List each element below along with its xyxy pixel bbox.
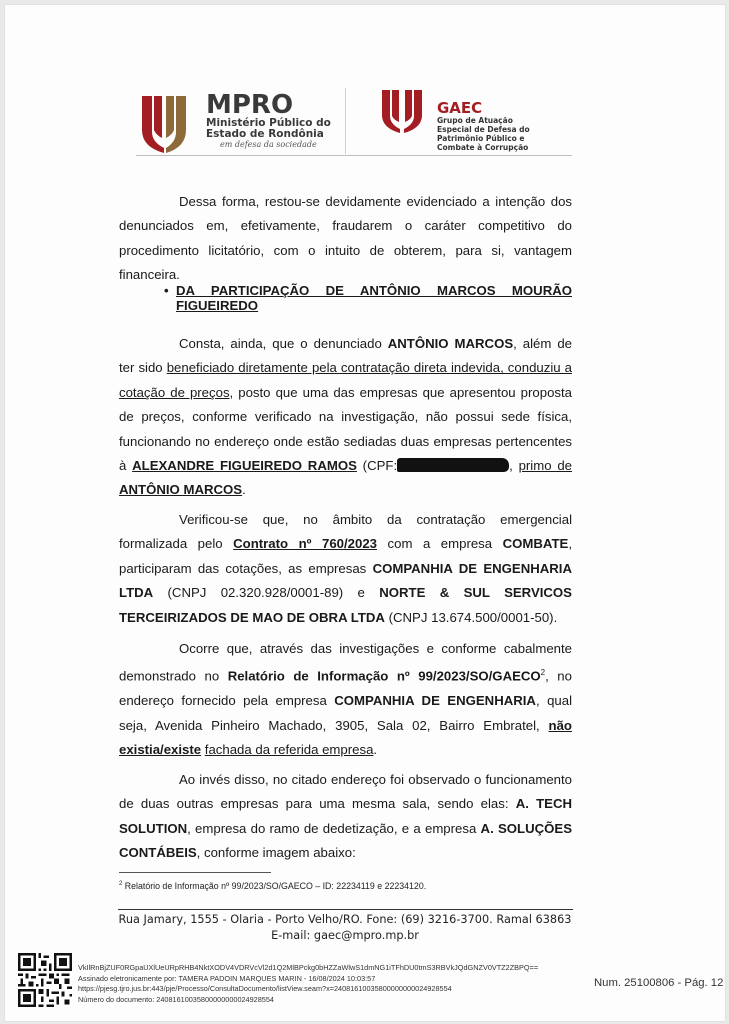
text: .: [242, 482, 246, 497]
bullet-icon: •: [164, 283, 169, 298]
report-reference: Relatório de Informação nº 99/2023/SO/GA…: [228, 669, 541, 684]
gaec-line: Patrimônio Público e: [437, 134, 530, 143]
header-divider: [345, 88, 346, 154]
footnote: 2 Relatório de Informação nº 99/2023/SO/…: [119, 881, 426, 891]
text: , empresa do ramo de dedetização, e a em…: [187, 821, 480, 836]
mpro-wordmark: MPRO Ministério Público do Estado de Ron…: [206, 92, 331, 150]
paragraph-2: Consta, ainda, que o denunciado ANTÔNIO …: [119, 332, 572, 503]
text: ,: [509, 458, 518, 473]
verification-url[interactable]: https://pjesg.tjro.jus.br:443/pje/Proces…: [78, 984, 538, 995]
footnote-text: Relatório de Informação nº 99/2023/SO/GA…: [122, 881, 426, 891]
name-alexandre: ALEXANDRE FIGUEIREDO RAMOS: [132, 458, 357, 473]
underlined-text: primo de: [519, 458, 572, 473]
footer-email[interactable]: E-mail: gaec@mpro.mp.br: [110, 928, 580, 944]
text: (CNPJ 02.320.928/0001-89) e: [153, 585, 379, 600]
footer-address: Rua Jamary, 1555 - Olaria - Porto Velho/…: [110, 912, 580, 928]
gaec-wordmark: GAEC Grupo de Atuação Especial de Defesa…: [437, 100, 530, 152]
mpro-line-2: Estado de Rondônia: [206, 129, 331, 140]
text: Ao invés disso, no citado endereço foi o…: [119, 772, 572, 811]
signature-hash: VkIlRnBjZUF0RGpaUXlUeURpRHB4NktXODV4VDRV…: [78, 963, 538, 974]
text: .: [373, 742, 377, 757]
company-name: COMBATE: [503, 536, 569, 551]
text: Consta, ainda, que o denunciado: [179, 336, 388, 351]
gaec-line: Especial de Defesa do: [437, 125, 530, 134]
address-footer: Rua Jamary, 1555 - Olaria - Porto Velho/…: [110, 912, 580, 944]
name-antonio-marcos: ANTÔNIO MARCOS: [388, 336, 513, 351]
signed-by: Assinado eletronicamente por: TAMERA PAD…: [78, 974, 538, 985]
gaec-shield-logo-icon: [380, 88, 424, 134]
footer-rule: [118, 909, 573, 910]
underlined-text: fachada da referida empresa: [205, 742, 374, 757]
paragraph-4: Ocorre que, através das investigações e …: [119, 637, 572, 762]
section-heading-text: DA PARTICIPAÇÃO DE ANTÔNIO MARCOS MOURÃO…: [176, 283, 572, 313]
document-number: Número do documento: 2408161003580000000…: [78, 995, 538, 1006]
gaec-line: Combate à Corrupção: [437, 143, 530, 152]
paragraph-text: Dessa forma, restou-se devidamente evide…: [119, 190, 572, 288]
gaec-title: GAEC: [437, 100, 530, 116]
text: (CNPJ 13.674.500/0001-50).: [385, 610, 557, 625]
qr-code-icon[interactable]: [18, 953, 72, 1007]
text: , conforme imagem abaixo:: [197, 845, 356, 860]
paragraph-3: Verificou-se que, no âmbito da contrataç…: [119, 508, 572, 630]
paragraph-5: Ao invés disso, no citado endereço foi o…: [119, 768, 572, 866]
mpro-title: MPRO: [206, 92, 331, 118]
contract-reference: Contrato nº 760/2023: [233, 536, 377, 551]
paragraph-1: Dessa forma, restou-se devidamente evide…: [119, 190, 572, 288]
mpro-shield-logo-icon: [140, 92, 190, 154]
page-number: Num. 25100806 - Pág. 12: [594, 977, 723, 989]
mpro-motto: em defesa da sociedade: [220, 140, 331, 150]
gaec-line: Grupo de Atuação: [437, 116, 530, 125]
redacted-cpf: [397, 458, 509, 472]
section-heading: • DA PARTICIPAÇÃO DE ANTÔNIO MARCOS MOUR…: [176, 283, 572, 313]
company-name: COMPANHIA DE ENGENHARIA: [334, 693, 536, 708]
text: com a empresa: [377, 536, 503, 551]
name-antonio-marcos: ANTÔNIO MARCOS: [119, 482, 242, 497]
letterhead: MPRO Ministério Público do Estado de Ron…: [136, 88, 572, 158]
header-rule: [136, 155, 572, 156]
text: (CPF:: [357, 458, 397, 473]
electronic-signature-block: VkIlRnBjZUF0RGpaUXlUeURpRHB4NktXODV4VDRV…: [78, 963, 538, 1005]
footnote-rule: [119, 872, 271, 873]
